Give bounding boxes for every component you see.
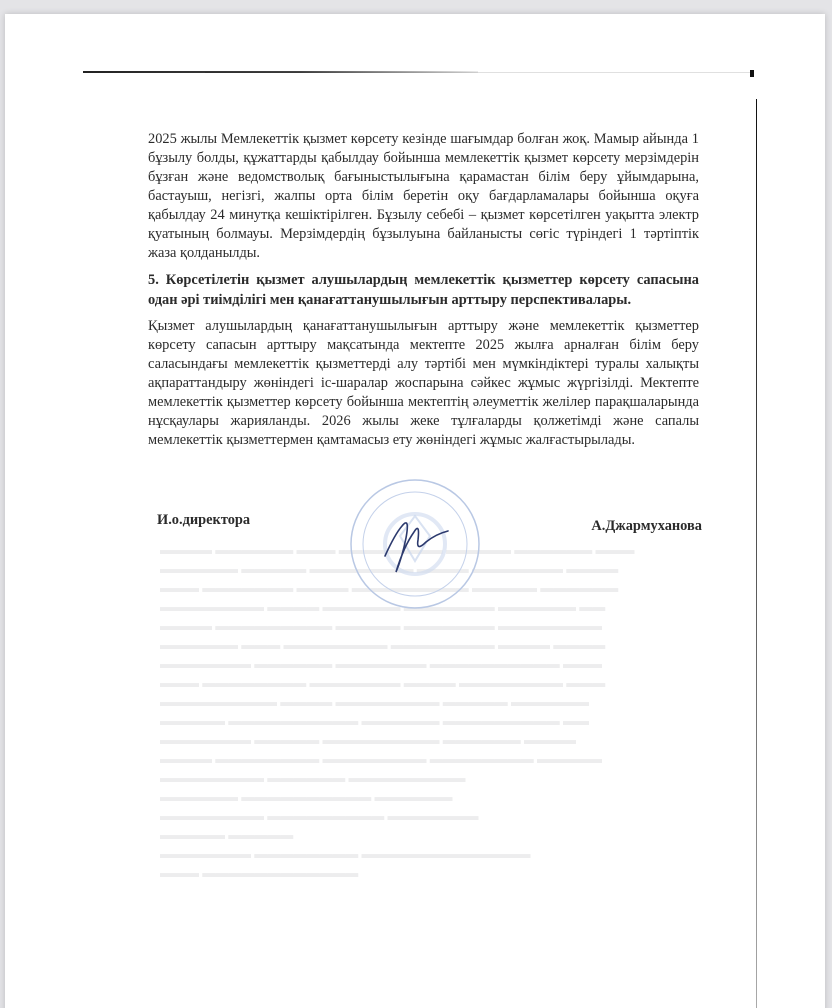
document-body: 2025 жылы Мемлекеттік қызмет көрсету кез… (148, 130, 699, 450)
section-5-heading: 5. Көрсетілетін қызмет алушылардың мемле… (148, 271, 699, 310)
top-border-line-faint (205, 72, 750, 73)
signer-name: А.Джармуханова (591, 518, 702, 535)
corner-mark (750, 70, 754, 77)
signature-block: И.о.директора А.Джармуханова (157, 512, 702, 532)
official-seal-icon (340, 476, 490, 626)
signer-position: И.о.директора (157, 512, 250, 529)
right-border-line (756, 99, 757, 1008)
paragraph-improvement: Қызмет алушылардың қанағаттанушылығын ар… (148, 317, 699, 450)
paragraph-complaints: 2025 жылы Мемлекеттік қызмет көрсету кез… (148, 130, 699, 263)
